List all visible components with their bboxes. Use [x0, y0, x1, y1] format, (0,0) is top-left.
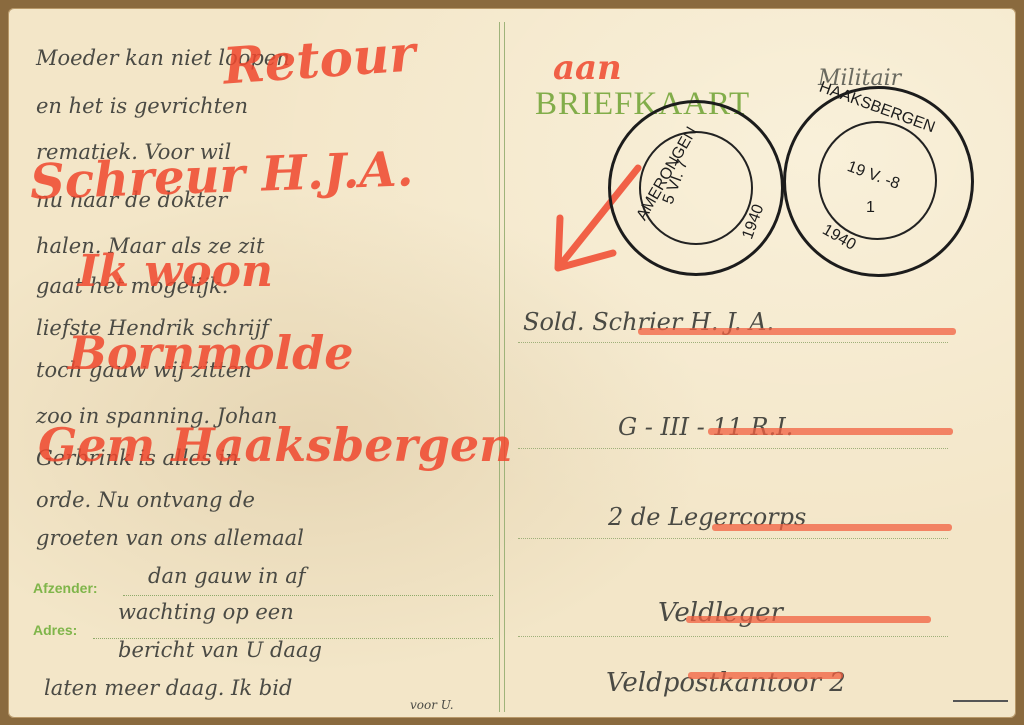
red-strikethrough [686, 616, 931, 623]
address-rule [518, 538, 948, 539]
postmark-amerongen: AMERONGEN 5 VI. 7 1940 [608, 100, 784, 276]
red-strikethrough [708, 428, 953, 435]
message-line: en het is gevrichten [36, 94, 248, 118]
adres-line [93, 638, 493, 639]
address-line-2: G - III - 11 R.I. [618, 413, 793, 441]
message-signoff: voor U. [410, 698, 454, 712]
underline-mark [953, 700, 1008, 702]
message-line: dan gauw in af [148, 564, 306, 588]
address-rule [518, 636, 948, 637]
address-rule [518, 342, 948, 343]
message-line: orde. Nu ontvang de [36, 488, 255, 512]
red-annotation-name: Schreur H.J.A. [29, 141, 414, 210]
red-annotation-aan: aan [553, 48, 622, 88]
red-strikethrough [712, 524, 952, 531]
red-strikethrough [688, 672, 843, 679]
postmark-line: 1 [866, 199, 875, 217]
red-annotation-retour: Retour [221, 23, 417, 95]
message-line: bericht van U daag [118, 638, 322, 662]
address-rule [518, 448, 948, 449]
center-divider [499, 22, 505, 712]
postcard: Moeder kan niet loopen en het is gevrich… [8, 8, 1016, 718]
postmark-haaksbergen: HAAKSBERGEN 19 V. -8 1 1940 [783, 86, 974, 277]
afzender-line [123, 595, 493, 596]
message-line: wachting op een [118, 600, 294, 624]
red-annotation-line3: Ik woon [78, 246, 273, 297]
adres-label: Adres: [33, 622, 77, 638]
red-annotation-place: Bornmolde [68, 326, 354, 380]
red-strikethrough [638, 328, 956, 335]
message-line: laten meer daag. Ik bid [44, 676, 292, 700]
message-line: groeten van ons allemaal [36, 526, 304, 550]
address-line-4: Veldleger [658, 598, 783, 628]
afzender-label: Afzender: [33, 580, 98, 596]
red-annotation-municipality: Gem Haaksbergen [38, 418, 513, 472]
